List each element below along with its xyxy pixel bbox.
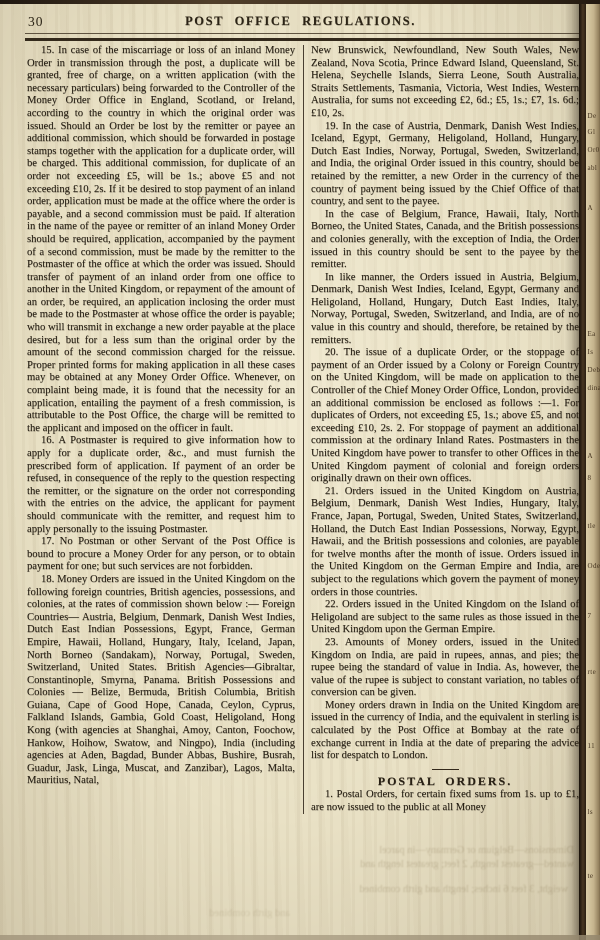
adjacent-page-text-fragment: Deb bbox=[588, 366, 600, 374]
column-divider-rule bbox=[303, 45, 304, 814]
paragraph-19: 19. In the case of Austria, Denmark, Dan… bbox=[311, 121, 579, 209]
scanned-book-page: 30 POST OFFICE REGULATIONS. Dimensions—B… bbox=[0, 0, 600, 940]
adjacent-page-text-fragment: De bbox=[588, 112, 597, 120]
adjacent-page-text-fragment: dina bbox=[588, 384, 600, 392]
paragraph-15: 15. In case of the miscarriage or loss o… bbox=[27, 45, 295, 435]
adjacent-page-text-fragment: rte bbox=[588, 668, 597, 676]
adjacent-page-text-fragment: te bbox=[588, 872, 594, 880]
paragraph-23b: Money orders drawn in India on the Unite… bbox=[311, 700, 579, 763]
paragraph-19b: In the case of Belgium, France, Hawaii, … bbox=[311, 209, 579, 272]
adjacent-page-text-fragment: Gl bbox=[588, 128, 596, 136]
paragraph-19c: In like manner, the Orders issued in Aus… bbox=[311, 272, 579, 348]
adjacent-page-text-fragment: Or0 bbox=[588, 146, 600, 154]
paragraph-22: 22. Orders issued in the United Kingdom … bbox=[311, 599, 579, 637]
binding-shadow-band bbox=[579, 0, 586, 940]
postal-paragraph-1: 1. Postal Orders, for certain fixed sums… bbox=[311, 789, 579, 814]
page-title: POST OFFICE REGULATIONS. bbox=[27, 14, 574, 29]
header-rule-thin bbox=[25, 33, 579, 34]
header-rule-thick bbox=[25, 38, 579, 41]
page-bleed-through: Dimensions—Belgium or Germany—in parcel bbox=[308, 845, 574, 858]
paragraph-21: 21. Orders issued in the United Kingdom … bbox=[311, 486, 579, 599]
section-divider-rule bbox=[432, 769, 459, 771]
book-gutter: De Gl Or0 abl A Ea Is Deb dina A 8 tle O… bbox=[566, 0, 600, 940]
paragraph-16: 16. A Postmaster is required to give inf… bbox=[27, 435, 295, 536]
left-column: 15. In case of the miscarriage or loss o… bbox=[27, 45, 295, 814]
page-header: 30 POST OFFICE REGULATIONS. bbox=[27, 11, 574, 31]
postal-orders-heading: POSTAL ORDERS. bbox=[311, 775, 579, 788]
paragraph-17: 17. No Postman or other Servant of the P… bbox=[27, 536, 295, 574]
paragraph-20: 20. The issue of a duplicate Order, or t… bbox=[311, 347, 579, 486]
paragraph-23: 23. Amounts of Money orders, issued in t… bbox=[311, 637, 579, 700]
adjacent-page-sliver: De Gl Or0 abl A Ea Is Deb dina A 8 tle O… bbox=[586, 0, 600, 940]
two-column-text-block: 15. In case of the miscarriage or loss o… bbox=[27, 45, 579, 814]
page-bleed-through: and girth combined bbox=[40, 908, 290, 921]
adjacent-page-text-fragment: ls bbox=[588, 808, 593, 816]
adjacent-page-text-fragment: Ea bbox=[588, 330, 596, 338]
adjacent-page-text-fragment: Ode bbox=[588, 562, 600, 570]
scan-top-edge bbox=[0, 0, 600, 4]
adjacent-page-text-fragment: 8 bbox=[588, 474, 592, 482]
adjacent-page-text-fragment: tle bbox=[588, 522, 596, 530]
right-column: New Brunswick, Newfoundland, New South W… bbox=[311, 45, 579, 814]
adjacent-page-text-fragment: 11 bbox=[588, 742, 596, 750]
adjacent-page-text-fragment: Is bbox=[588, 348, 594, 356]
adjacent-page-text-fragment: A bbox=[588, 204, 593, 212]
adjacent-page-text-fragment: abl bbox=[588, 164, 598, 172]
adjacent-page-text-fragment: 7 bbox=[588, 612, 592, 620]
scan-bottom-edge bbox=[0, 935, 600, 940]
paragraph-18: 18. Money Orders are issued in the Unite… bbox=[27, 574, 295, 788]
page-bleed-through: weight, 3 feet 6 inches; length and girt… bbox=[318, 884, 568, 897]
adjacent-page-text-fragment: A bbox=[588, 452, 593, 460]
gutter-shadow bbox=[564, 0, 580, 940]
page-bleed-through: wanted—greatest length, 2 feet; greatest… bbox=[308, 859, 574, 872]
paragraph-18-continued: New Brunswick, Newfoundland, New South W… bbox=[311, 45, 579, 121]
